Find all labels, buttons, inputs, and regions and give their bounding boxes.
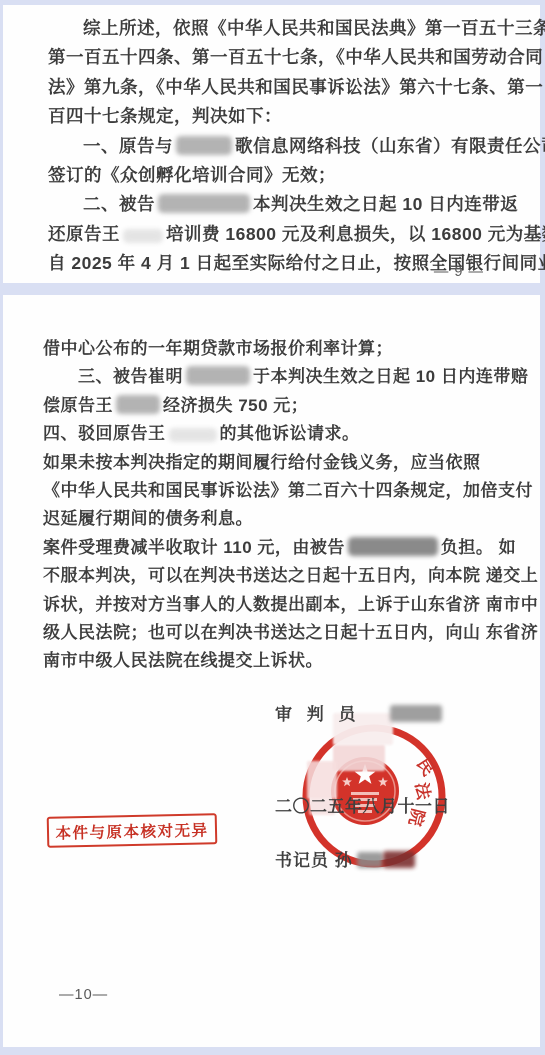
document-line: 一、原告与歌信息网络科技（山东省）有限责任公司 xyxy=(48,132,502,161)
page-9-text: 综上所述，依照《中华人民共和国民法典》第一百五十三条、第一百五十四条、第一百五十… xyxy=(3,5,540,279)
text-segment: 一、原告与 xyxy=(83,136,173,156)
redaction-blur xyxy=(116,395,160,414)
judgment-page-10: 借中心公布的一年期贷款市场报价利率计算；三、被告崔明于本判决生效之日起 10 日… xyxy=(3,295,540,1047)
text-segment: 南市中级人民法院在线提交上诉状。 xyxy=(43,651,323,670)
text-segment: 级人民法院；也可以在判决书送达之日起十五日内，向山 东省济 xyxy=(43,623,538,642)
document-line: 综上所述，依照《中华人民共和国民法典》第一百五十三条、 xyxy=(48,14,502,43)
text-segment: 诉状，并按对方当事人的人数提出副本，上诉于山东省济 南市中 xyxy=(43,595,538,614)
text-segment: 四、驳回原告王 xyxy=(43,424,166,443)
document-line: 案件受理费减半收取计 110 元，由被告负担。 如 xyxy=(43,534,504,562)
text-segment: 培训费 16800 元及利息损失，以 16800 元为基数， xyxy=(166,224,545,244)
page-number-10: —10— xyxy=(59,987,108,1003)
judge-label: 审 判 员 xyxy=(275,705,360,724)
seal-redaction-mosaic xyxy=(333,745,385,771)
document-line: 三、被告崔明于本判决生效之日起 10 日内连带赔 xyxy=(43,363,504,391)
text-segment: 借中心公布的一年期贷款市场报价利率计算； xyxy=(43,339,393,358)
redaction-blur xyxy=(158,194,250,213)
document-line: 法》第九条，《中华人民共和国民事诉讼法》第六十七条、第一 xyxy=(48,73,502,102)
text-segment: 本判决生效之日起 10 日内连带返 xyxy=(253,194,518,214)
text-segment: 签订的《众创孵化培训合同》无效； xyxy=(48,165,336,185)
text-segment: 如果未按本判决指定的期间履行给付金钱义务，应当依照 xyxy=(43,453,481,472)
clerk-name-redaction-blur xyxy=(357,852,383,868)
document-line: 不服本判决，可以在判决书送达之日起十五日内，向本院 递交上 xyxy=(43,562,504,590)
document-line: 南市中级人民法院在线提交上诉状。 xyxy=(43,647,504,675)
judge-signature-line: 审 判 员 xyxy=(275,700,442,725)
page-number-9: — 9 — xyxy=(434,264,484,280)
document-line: 第一百五十四条、第一百五十七条，《中华人民共和国劳动合同 xyxy=(48,43,502,72)
clerk-signature-line: 书记员 孙 xyxy=(275,846,415,871)
document-line: 二、被告本判决生效之日起 10 日内连带返 xyxy=(48,190,502,219)
document-line: 借中心公布的一年期贷款市场报价利率计算； xyxy=(43,335,504,363)
redaction-blur xyxy=(176,136,232,155)
text-segment: 法》第九条，《中华人民共和国民事诉讼法》第六十七条、第一 xyxy=(48,77,543,97)
judgment-date: 二〇二五年八月十一日 xyxy=(275,792,450,817)
verification-stamp-text: 本件与原本核对无异 xyxy=(55,818,208,843)
document-line: 百四十七条规定，判决如下： xyxy=(48,102,502,131)
text-segment: 迟延履行期间的债务利息。 xyxy=(43,509,253,528)
text-segment: 综上所述，依照《中华人民共和国民法典》第一百五十三条、 xyxy=(83,18,545,38)
clerk-name-redaction-blur xyxy=(383,851,415,868)
redaction-blur xyxy=(186,366,250,385)
clerk-label: 书记员 孙 xyxy=(275,851,353,870)
text-segment: 于本判决生效之日起 10 日内连带赔 xyxy=(253,367,528,386)
judge-name-redaction-blur xyxy=(390,705,442,722)
redaction-blur xyxy=(169,428,217,442)
text-segment: 歌信息网络科技（山东省）有限责任公司 xyxy=(235,136,545,156)
page-10-text: 借中心公布的一年期贷款市场报价利率计算；三、被告崔明于本判决生效之日起 10 日… xyxy=(3,295,540,676)
text-segment: 《中华人民共和国民事诉讼法》第二百六十四条规定，加倍支付 xyxy=(43,481,533,500)
text-segment: 二、被告 xyxy=(83,194,155,214)
text-segment: 的其他诉讼请求。 xyxy=(220,424,360,443)
document-line: 四、驳回原告王的其他诉讼请求。 xyxy=(43,420,504,448)
text-segment: 不服本判决，可以在判决书送达之日起十五日内，向本院 递交上 xyxy=(43,566,538,585)
text-segment: 还原告王 xyxy=(48,224,120,244)
text-segment: 负担。 如 xyxy=(441,538,516,557)
document-line: 签订的《众创孵化培训合同》无效； xyxy=(48,161,502,190)
redaction-blur xyxy=(123,229,163,243)
verification-stamp: 本件与原本核对无异 xyxy=(47,813,218,848)
document-line: 迟延履行期间的债务利息。 xyxy=(43,505,504,533)
document-line: 还原告王培训费 16800 元及利息损失，以 16800 元为基数， xyxy=(48,220,502,249)
text-segment: 偿原告王 xyxy=(43,396,113,415)
text-segment: 第一百五十四条、第一百五十七条，《中华人民共和国劳动合同 xyxy=(48,47,543,67)
judgment-page-9: 综上所述，依照《中华人民共和国民法典》第一百五十三条、第一百五十四条、第一百五十… xyxy=(3,5,540,283)
document-line: 诉状，并按对方当事人的人数提出副本，上诉于山东省济 南市中 xyxy=(43,591,504,619)
text-segment: 经济损失 750 元； xyxy=(163,396,308,415)
text-segment: 案件受理费减半收取计 110 元，由被告 xyxy=(43,538,345,557)
redaction-blur xyxy=(348,537,438,556)
document-line: 《中华人民共和国民事诉讼法》第二百六十四条规定，加倍支付 xyxy=(43,477,504,505)
document-line: 级人民法院；也可以在判决书送达之日起十五日内，向山 东省济 xyxy=(43,619,504,647)
document-line: 如果未按本判决指定的期间履行给付金钱义务，应当依照 xyxy=(43,449,504,477)
text-segment: 三、被告崔明 xyxy=(78,367,183,386)
text-segment: 百四十七条规定，判决如下： xyxy=(48,106,282,126)
document-line: 偿原告王经济损失 750 元； xyxy=(43,392,504,420)
